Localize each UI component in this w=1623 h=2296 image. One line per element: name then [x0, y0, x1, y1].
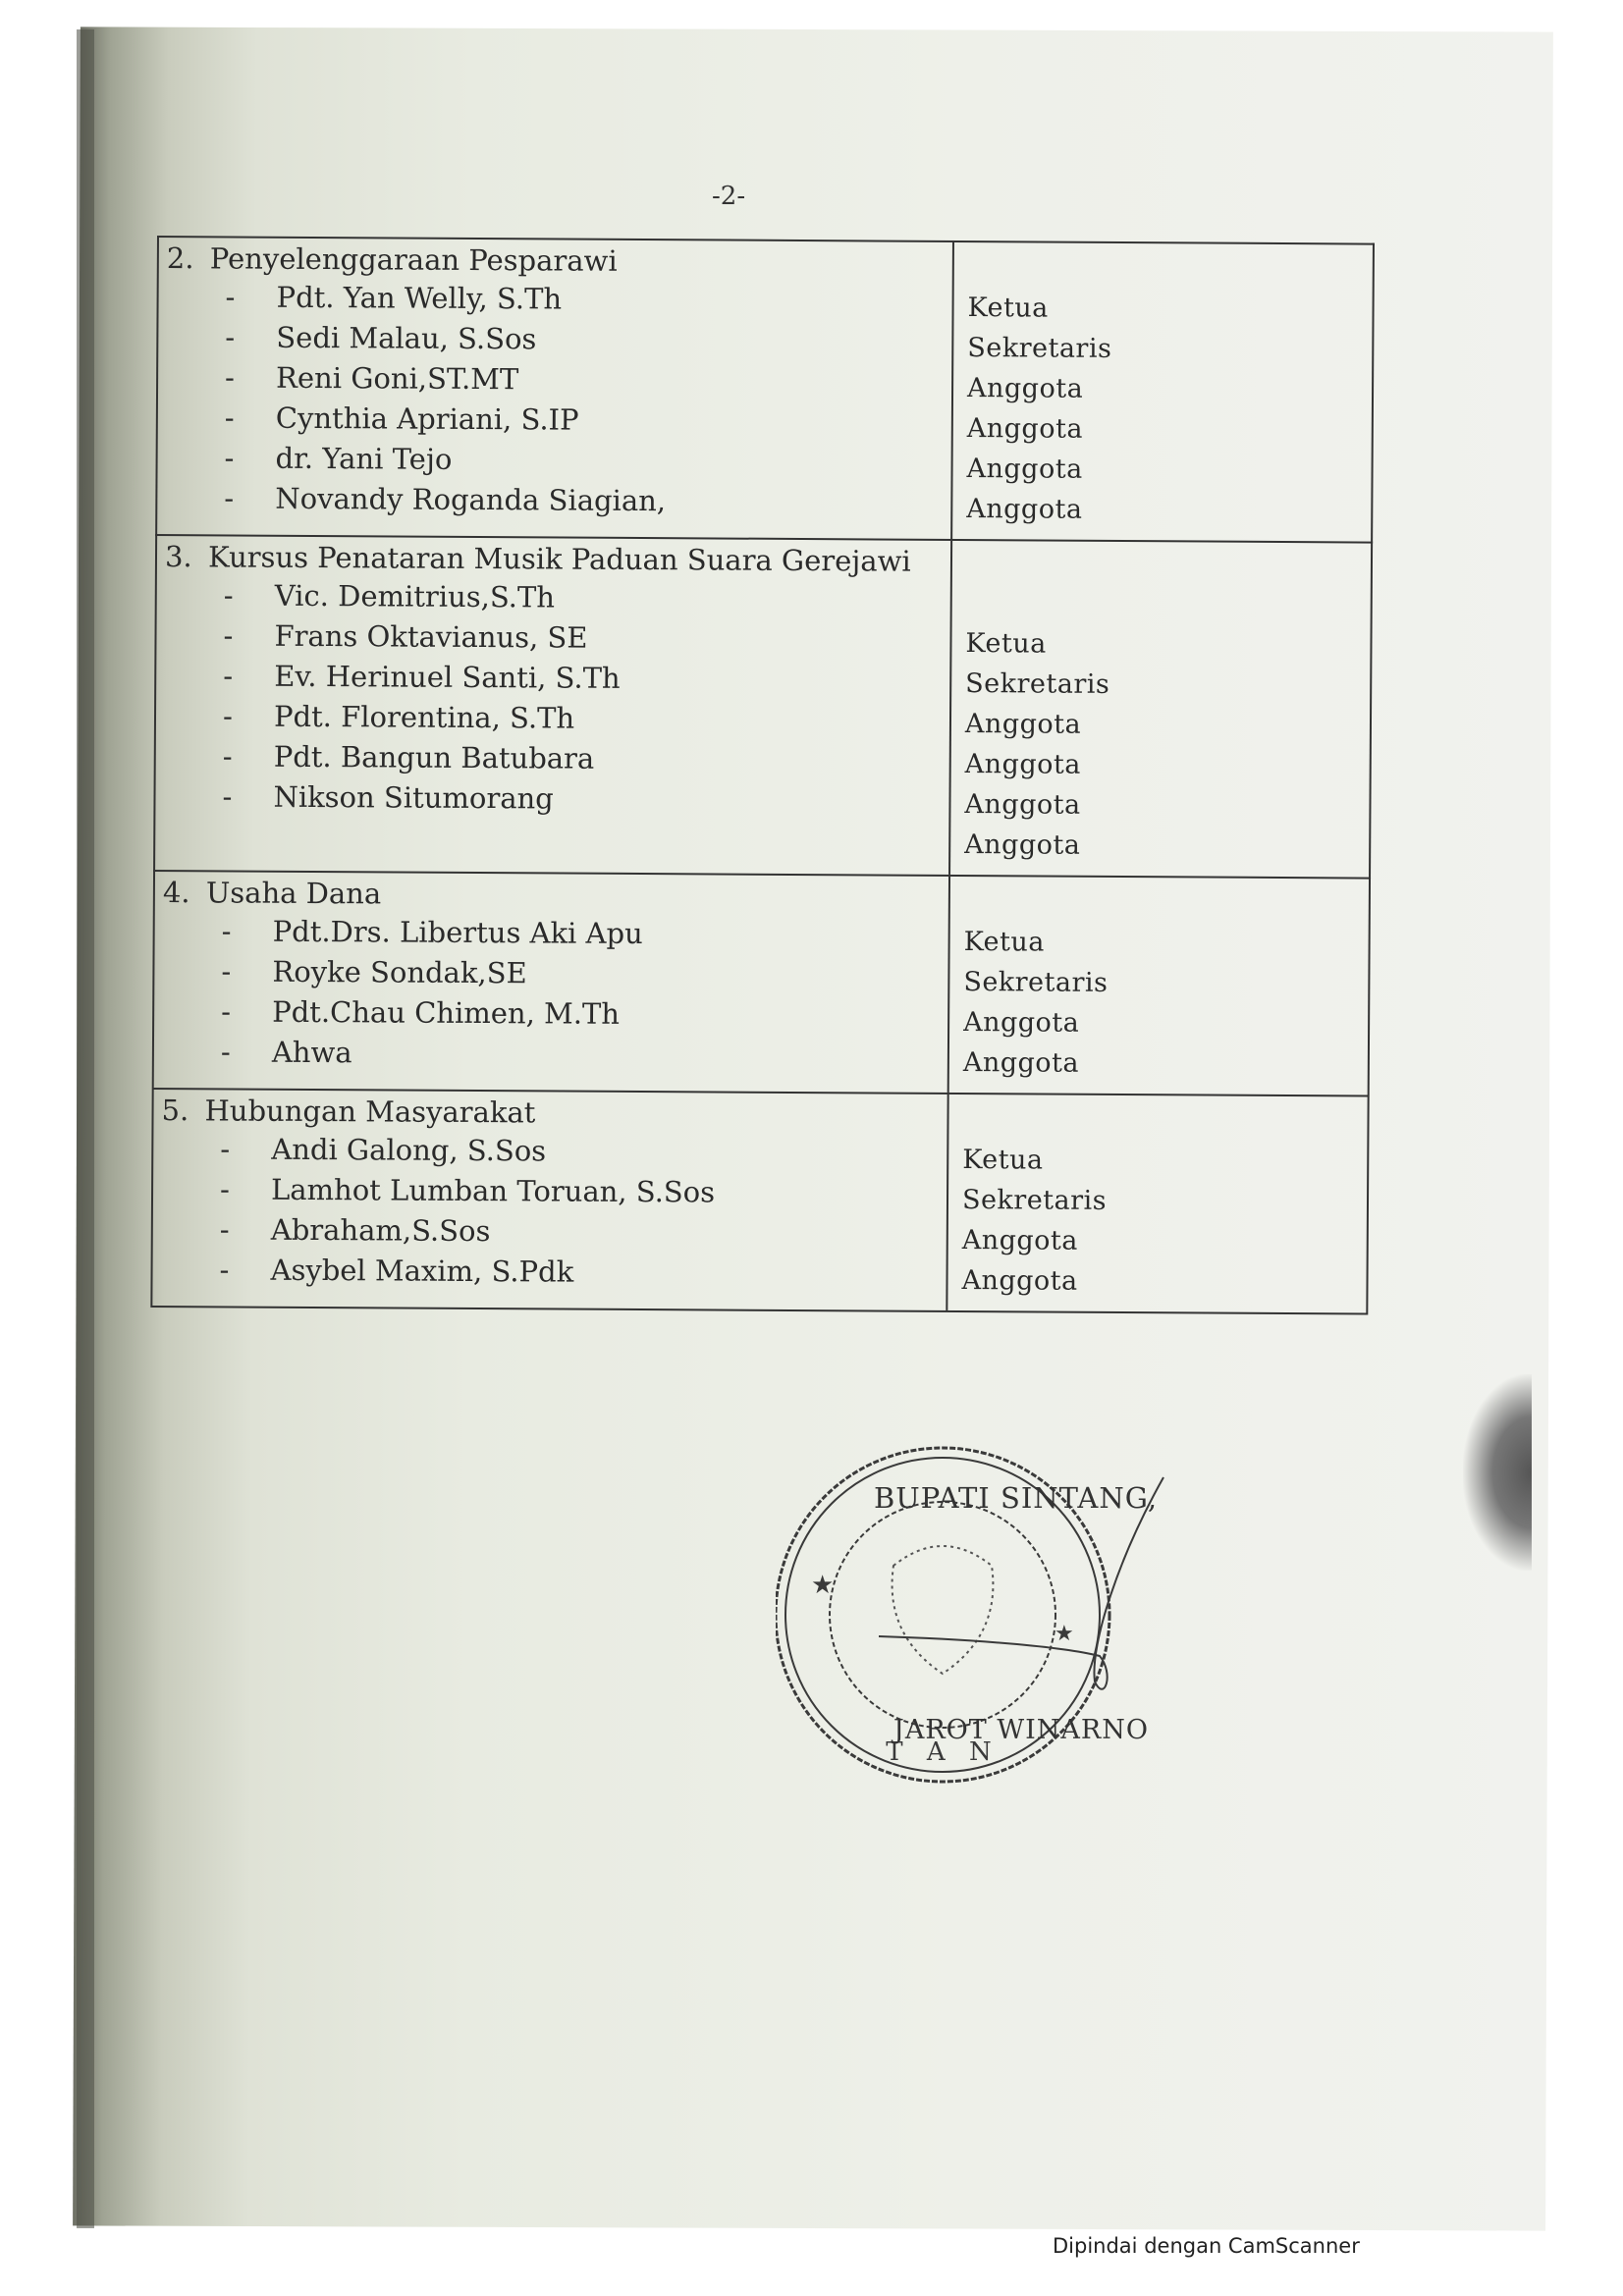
member-row: -Reni Goni,ST.MT [166, 357, 942, 402]
signatory-name: JAROT WINARNO [893, 1715, 1149, 1745]
bullet-dash: - [224, 438, 275, 478]
section-heading: 5.Hubungan Masyarakat [161, 1092, 937, 1134]
section-roles-cell: KetuaSekretarisAnggotaAnggotaAnggotaAngg… [952, 242, 1373, 542]
member-name: Lamhot Lumban Toruan, S.Sos [271, 1170, 715, 1213]
section-members-cell: 3.Kursus Penataran Musik Paduan Suara Ge… [155, 536, 952, 875]
section-members-cell: 5.Hubungan Masyarakat-Andi Galong, S.Sos… [152, 1090, 948, 1310]
member-row: -Cynthia Apriani, S.IP [166, 398, 942, 443]
member-name: Ahwa [272, 1033, 352, 1073]
svg-text:★: ★ [1055, 1622, 1074, 1646]
bullet-dash: - [220, 1169, 271, 1209]
member-name: Cynthia Apriani, S.IP [276, 399, 579, 441]
member-row: -Novandy Roganda Siagian, [165, 478, 941, 523]
page-number: -2- [712, 182, 745, 211]
member-name: Pdt. Yan Welly, S.Th [276, 278, 562, 320]
scan-artifact [1463, 1374, 1532, 1571]
bullet-dash: - [225, 398, 276, 438]
section-title: Hubungan Masyarakat [204, 1092, 535, 1131]
bullet-dash: - [225, 317, 276, 357]
bullet-dash: - [220, 1209, 271, 1250]
section-roles-cell: KetuaSekretarisAnggotaAnggota [949, 877, 1369, 1095]
member-row: -Sedi Malau, S.Sos [166, 317, 942, 362]
member-row: -Asybel Maxim, S.Pdk [160, 1250, 936, 1295]
section-heading: 2.Penyelenggaraan Pesparawi [167, 240, 943, 282]
member-row: -Ahwa [162, 1032, 938, 1077]
member-name: Asybel Maxim, S.Pdk [270, 1251, 573, 1293]
member-role: Sekretaris [965, 664, 1358, 706]
member-row: -Frans Oktavianus, SE [164, 615, 940, 661]
bullet-dash: - [225, 277, 276, 317]
member-role: Anggota [965, 704, 1358, 746]
member-name: Vic. Demitrius,S.Th [275, 576, 555, 618]
member-row: -Pdt. Bangun Batubara [164, 736, 940, 781]
member-name: dr. Yani Tejo [275, 439, 452, 480]
member-name: Pdt. Bangun Batubara [274, 737, 595, 779]
member-role: Ketua [965, 623, 1358, 666]
bullet-dash: - [220, 1129, 271, 1169]
member-role: Anggota [966, 489, 1359, 531]
member-role: Anggota [962, 1220, 1355, 1262]
garuda-emblem-icon [893, 1546, 994, 1674]
bullet-dash: - [223, 696, 274, 736]
section-heading: 3.Kursus Penataran Musik Paduan Suara Ge… [165, 538, 941, 580]
member-row: -Pdt.Drs. Libertus Aki Apu [163, 911, 939, 956]
paper-shadow-edge [77, 29, 94, 2228]
signature-block: ★ ★ T A N BUPATI SINTANG, JAROT WINARNO [776, 1438, 1188, 1801]
section-heading: 4.Usaha Dana [163, 874, 939, 916]
bullet-dash: - [221, 991, 272, 1032]
member-name: Novandy Roganda Siagian, [275, 479, 666, 521]
committee-section: 5.Hubungan Masyarakat-Andi Galong, S.Sos… [150, 1088, 1369, 1315]
member-role: Ketua [967, 288, 1360, 330]
member-row: -Royke Sondak,SE [162, 951, 938, 996]
member-name: Andi Galong, S.Sos [271, 1130, 546, 1172]
member-role: Anggota [961, 1260, 1354, 1303]
member-role: Sekretaris [967, 328, 1360, 370]
member-name: Pdt.Chau Chimen, M.Th [272, 992, 620, 1035]
bullet-dash: - [225, 357, 276, 398]
section-title: Kursus Penataran Musik Paduan Suara Gere… [208, 538, 911, 579]
bullet-dash: - [221, 1032, 272, 1072]
member-role: Anggota [967, 368, 1360, 410]
section-number: 3. [165, 538, 208, 575]
member-name: Abraham,S.Sos [271, 1210, 491, 1252]
member-row: -dr. Yani Tejo [165, 438, 941, 483]
bullet-dash: - [223, 656, 274, 696]
section-roles-cell: KetuaSekretarisAnggotaAnggotaAnggotaAngg… [950, 541, 1371, 878]
signature-title: BUPATI SINTANG, [874, 1481, 1158, 1515]
member-role: Anggota [964, 825, 1357, 867]
section-number: 2. [167, 240, 210, 277]
member-role: Anggota [964, 784, 1357, 827]
member-role: Anggota [963, 1042, 1356, 1085]
member-name: Nikson Situmorang [273, 777, 554, 820]
member-name: Pdt. Florentina, S.Th [274, 697, 574, 739]
member-row: -Pdt. Florentina, S.Th [164, 696, 940, 741]
member-role: Anggota [963, 1002, 1356, 1044]
bullet-dash: - [223, 736, 274, 776]
member-name: Pdt.Drs. Libertus Aki Apu [273, 912, 643, 954]
bullet-dash: - [222, 911, 273, 951]
member-name: Royke Sondak,SE [272, 952, 527, 994]
bullet-dash: - [219, 1250, 270, 1290]
member-name: Frans Oktavianus, SE [274, 616, 587, 659]
member-row: -Andi Galong, S.Sos [161, 1129, 937, 1174]
member-row: -Vic. Demitrius,S.Th [165, 575, 941, 620]
member-role: Sekretaris [962, 1180, 1355, 1222]
bullet-dash: - [222, 776, 273, 817]
member-role: Sekretaris [963, 962, 1356, 1004]
member-row: -Nikson Situmorang [163, 776, 939, 822]
section-roles-cell: KetuaSekretarisAnggotaAnggota [947, 1095, 1367, 1313]
member-name: Reni Goni,ST.MT [276, 358, 518, 400]
member-role: Ketua [962, 1140, 1355, 1182]
member-row: -Pdt.Chau Chimen, M.Th [162, 991, 938, 1037]
member-row: -Pdt. Yan Welly, S.Th [166, 277, 942, 322]
member-role: Anggota [965, 744, 1358, 786]
bullet-dash: - [224, 478, 275, 518]
member-role: Ketua [963, 922, 1356, 964]
section-number: 5. [161, 1092, 204, 1129]
member-row: -Lamhot Lumban Toruan, S.Sos [161, 1169, 937, 1214]
camscanner-watermark: Dipindai dengan CamScanner [1053, 2234, 1360, 2258]
member-name: Ev. Herinuel Santi, S.Th [274, 657, 621, 699]
svg-text:★: ★ [811, 1571, 834, 1600]
member-name: Sedi Malau, S.Sos [276, 318, 536, 360]
section-number: 4. [163, 874, 206, 911]
committee-section: 2.Penyelenggaraan Pesparawi-Pdt. Yan Wel… [155, 236, 1375, 542]
committee-section: 3.Kursus Penataran Musik Paduan Suara Ge… [153, 534, 1373, 878]
member-row: -Ev. Herinuel Santi, S.Th [164, 656, 940, 701]
member-role: Anggota [966, 449, 1359, 491]
committee-table: 2.Penyelenggaraan Pesparawi-Pdt. Yan Wel… [150, 236, 1375, 1315]
section-members-cell: 2.Penyelenggaraan Pesparawi-Pdt. Yan Wel… [157, 238, 954, 539]
committee-section: 4.Usaha Dana-Pdt.Drs. Libertus Aki Apu-R… [152, 870, 1371, 1095]
section-title: Usaha Dana [206, 874, 382, 912]
bullet-dash: - [224, 575, 275, 615]
member-row: -Abraham,S.Sos [161, 1209, 937, 1255]
section-title: Penyelenggaraan Pesparawi [210, 240, 618, 280]
section-members-cell: 4.Usaha Dana-Pdt.Drs. Libertus Aki Apu-R… [154, 872, 950, 1093]
member-role: Anggota [967, 408, 1360, 451]
bullet-dash: - [223, 615, 274, 656]
bullet-dash: - [221, 951, 272, 991]
